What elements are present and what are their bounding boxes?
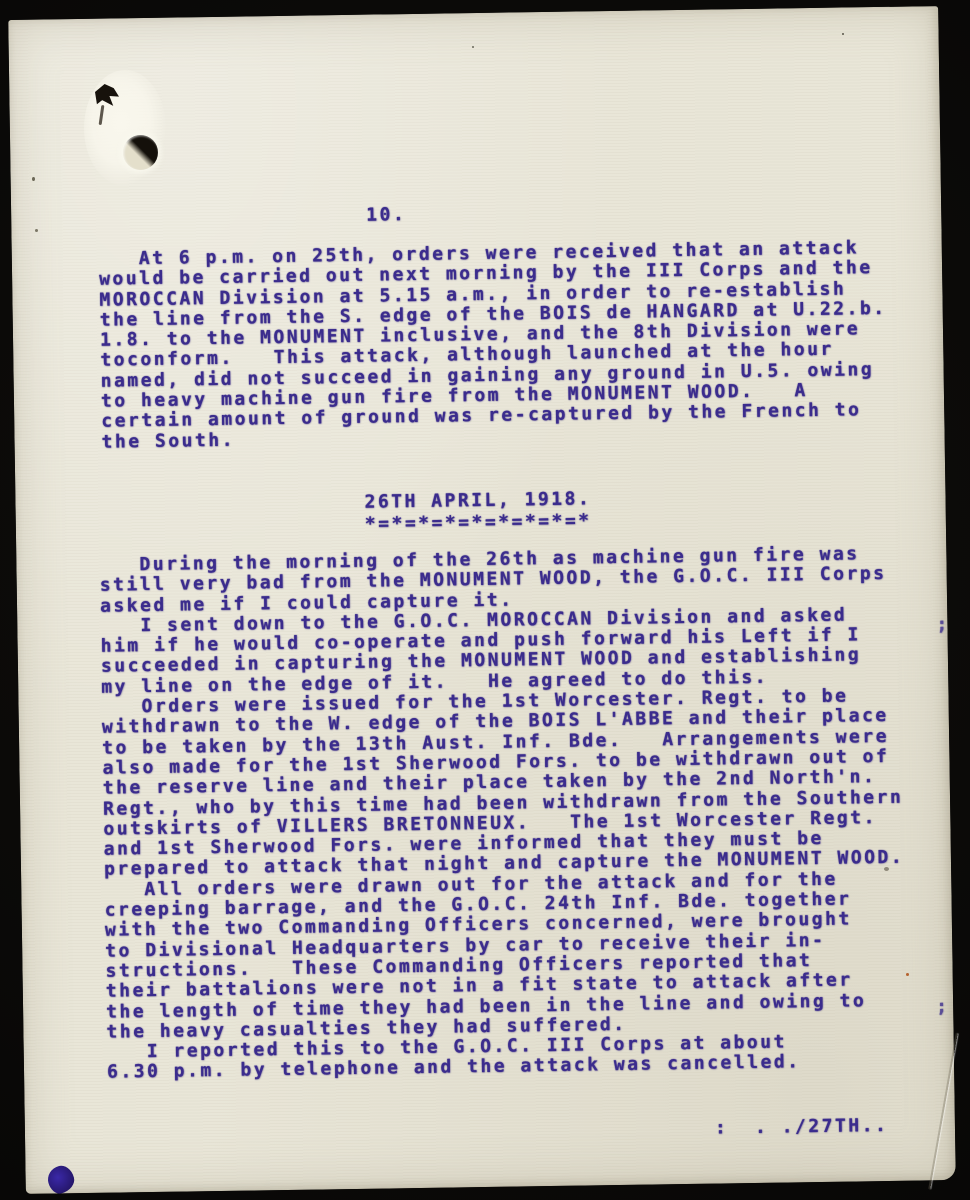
paragraph-4: Orders were issued for the 1st Worcester…: [101, 686, 904, 881]
paragraph-3: I sent down to the G.O.C. MOROCCAN Divis…: [100, 605, 901, 698]
stray-ink-mark: ;: [936, 615, 950, 635]
paper-speck: [884, 867, 889, 871]
punch-hole: [123, 135, 158, 170]
page-number: 10.: [366, 205, 406, 226]
paper-speck: [35, 229, 38, 232]
continuation-footer: : . ./27TH..: [715, 1116, 889, 1139]
paper-damage-patch: [84, 70, 166, 186]
heading-underline: *=*=*=*=*=*=*=*=*: [365, 510, 592, 535]
paragraph-5: All orders were drawn out for the attack…: [104, 868, 907, 1042]
paper-speck: [906, 973, 909, 976]
paper-speck: [32, 177, 35, 181]
dust-speck: [842, 33, 844, 35]
dust-speck: [472, 46, 474, 48]
section-heading: 26TH APRIL, 1918. *=*=*=*=*=*=*=*=*: [364, 488, 591, 535]
document-page: 10. At 6 p.m. on 25th, orders were recei…: [8, 6, 956, 1194]
stray-ink-mark: ;: [936, 997, 950, 1017]
body-text: During the morning of the 26th as machin…: [99, 544, 907, 1084]
paragraph-1: At 6 p.m. on 25th, orders were received …: [99, 238, 889, 453]
scan-background: 10. At 6 p.m. on 25th, orders were recei…: [0, 0, 970, 1200]
